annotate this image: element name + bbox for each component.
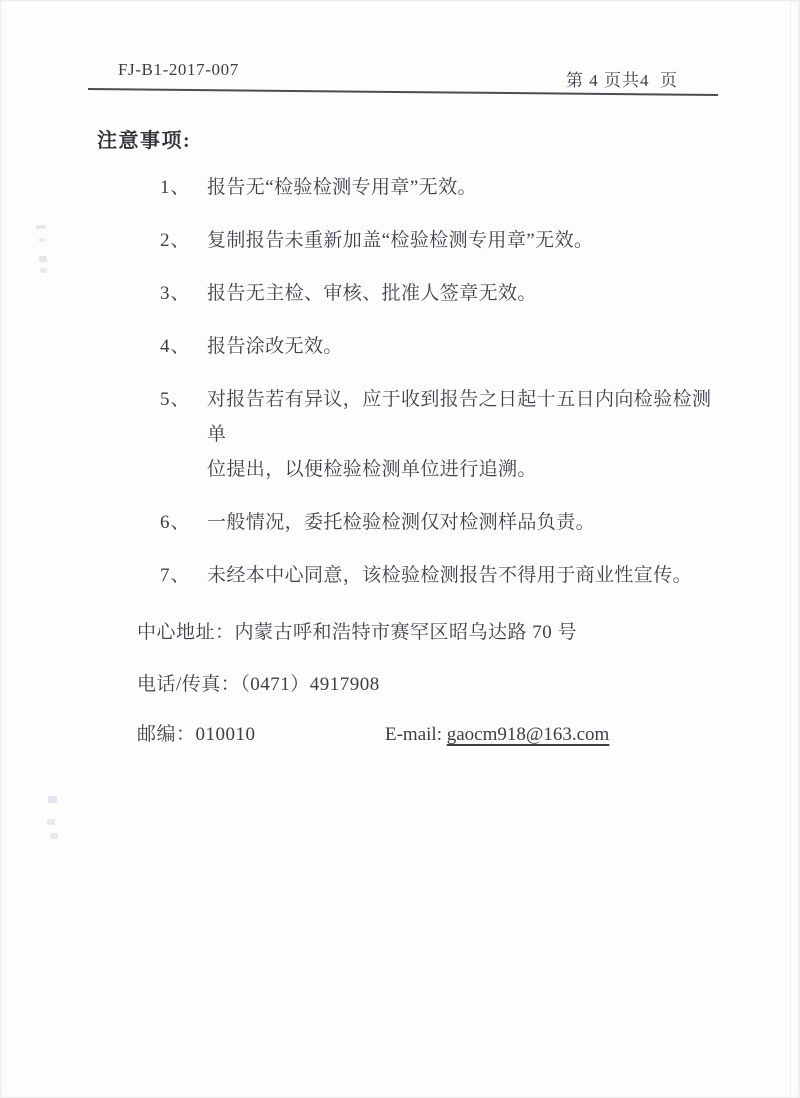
note-number: 2、: [160, 223, 207, 258]
note-item-5: 5、 对报告若有异议，应于收到报告之日起十五日内向检验检测单 位提出，以便检验检…: [160, 382, 716, 487]
note-number: 3、: [160, 276, 207, 311]
notes-heading: 注意事项:: [97, 124, 191, 153]
scan-artifact: [39, 238, 45, 242]
note-number: 1、: [160, 170, 207, 205]
scan-artifact: [36, 225, 46, 229]
note-text: 复制报告未重新加盖“检验检测专用章”无效。: [207, 223, 715, 258]
note-item-2: 2、 复制报告未重新加盖“检验检测专用章”无效。: [160, 223, 716, 258]
page-number-indicator: 第 4 页共4 页: [566, 66, 678, 91]
scan-artifact: [39, 256, 47, 262]
email-label: E-mail:: [385, 724, 447, 745]
scan-artifact: [50, 833, 58, 839]
note-text: 对报告若有异议，应于收到报告之日起十五日内向检验检测单 位提出，以便检验检测单位…: [207, 382, 715, 487]
note-text: 报告无主检、审核、批准人签章无效。: [207, 276, 715, 311]
postal-code: 邮编：010010: [137, 722, 256, 748]
phone-fax: 电话/传真：（0471）4917908: [137, 672, 380, 698]
note-text: 未经本中心同意，该检验检测报告不得用于商业性宣传。: [207, 558, 715, 593]
document-number: FJ-B1-2017-007: [118, 60, 239, 80]
note-item-1: 1、 报告无“检验检测专用章”无效。: [160, 170, 716, 205]
scanned-report-page: FJ-B1-2017-007 第 4 页共4 页 注意事项: 1、 报告无“检验…: [0, 0, 800, 1098]
center-address: 中心地址：内蒙古呼和浩特市赛罕区昭乌达路 70 号: [137, 620, 577, 646]
note-item-4: 4、 报告涂改无效。: [160, 329, 716, 364]
scan-edge-line: [790, 0, 791, 1098]
scan-artifact: [48, 796, 57, 803]
note-text: 报告涂改无效。: [207, 329, 715, 364]
note-number: 7、: [160, 558, 207, 593]
scan-artifact: [47, 819, 55, 825]
email-address: gaocm918@163.com: [447, 724, 610, 745]
note-item-3: 3、 报告无主检、审核、批准人签章无效。: [160, 276, 716, 311]
scan-artifact: [40, 268, 47, 273]
notes-list: 1、 报告无“检验检测专用章”无效。 2、 复制报告未重新加盖“检验检测专用章”…: [160, 170, 716, 611]
note-number: 4、: [160, 329, 207, 364]
note-item-6: 6、 一般情况，委托检验检测仅对检测样品负责。: [160, 505, 716, 540]
note-text: 报告无“检验检测专用章”无效。: [207, 170, 715, 205]
note-number: 6、: [160, 505, 207, 540]
note-text: 一般情况，委托检验检测仅对检测样品负责。: [207, 505, 715, 540]
note-item-7: 7、 未经本中心同意，该检验检测报告不得用于商业性宣传。: [160, 558, 716, 593]
note-number: 5、: [160, 382, 207, 417]
email-line: E-mail: gaocm918@163.com: [385, 722, 609, 748]
